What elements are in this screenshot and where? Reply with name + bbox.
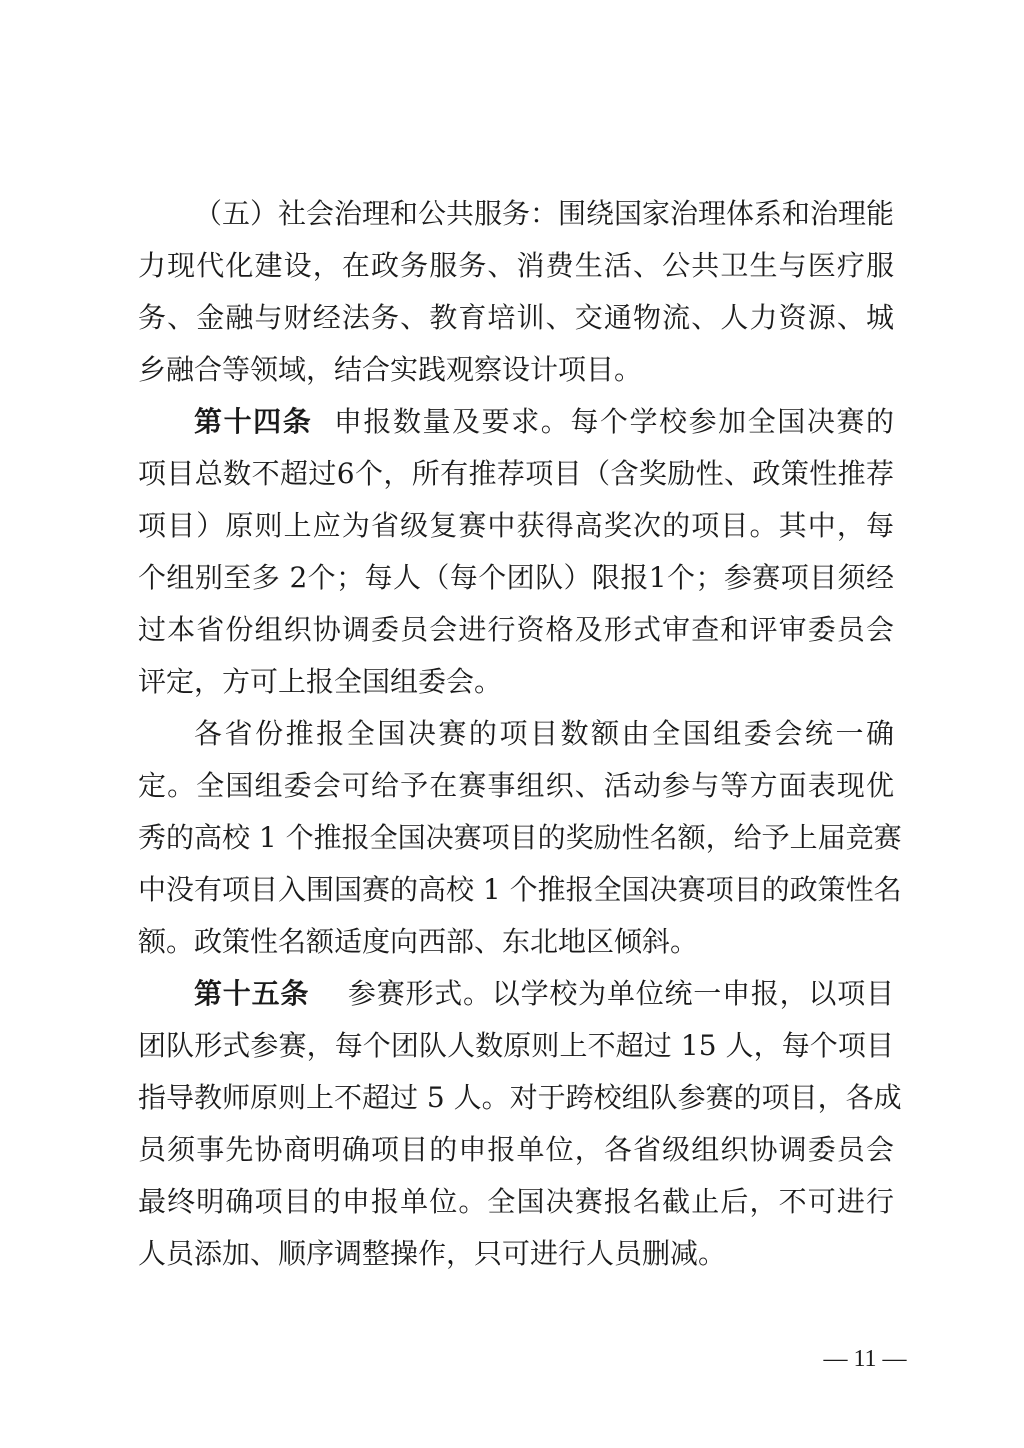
document-page: （五）社会治理和公共服务：围绕国家治理体系和治理能 力现代化建设，在政务服务、消… xyxy=(0,0,1024,1448)
text-line: 务、金融与财经法务、教育培训、交通物流、人力资源、城 xyxy=(138,298,894,338)
article-15-heading: 第十五条 xyxy=(194,977,309,1010)
text-line: 乡融合等领域，结合实践观察设计项目。 xyxy=(138,350,894,390)
text-line: 最终明确项目的申报单位。全国决赛报名截止后，不可进行 xyxy=(138,1182,894,1222)
text-line: 项目）原则上应为省级复赛中获得高奖次的项目。其中，每 xyxy=(138,506,894,546)
text-line: 员须事先协商明确项目的申报单位，各省级组织协调委员会 xyxy=(138,1130,894,1170)
article-14-first-line: 第十四条申报数量及要求。每个学校参加全国决赛的 xyxy=(194,402,894,442)
text-line: 秀的高校 1 个推报全国决赛项目的奖励性名额，给予上届竞赛 xyxy=(138,818,894,858)
text-line: 过本省份组织协调委员会进行资格及形式审查和评审委员会 xyxy=(138,610,894,650)
text-line: 指导教师原则上不超过 5 人。对于跨校组队参赛的项目，各成 xyxy=(138,1078,894,1118)
article-14-title: 申报数量及要求。每个学校参加全国决赛的 xyxy=(332,405,894,438)
page-number: — 11 — xyxy=(820,1344,910,1374)
text-line: 人员添加、顺序调整操作，只可进行人员删减。 xyxy=(138,1234,894,1274)
text-line: 中没有项目入围国赛的高校 1 个推报全国决赛项目的政策性名 xyxy=(138,870,894,910)
text-line: 各省份推报全国决赛的项目数额由全国组委会统一确 xyxy=(194,714,894,754)
text-line: 团队形式参赛，每个团队人数原则上不超过 15 人，每个项目 xyxy=(138,1026,894,1066)
article-15-first-line: 第十五条参赛形式。以学校为单位统一申报，以项目 xyxy=(194,974,894,1014)
text-line: 力现代化建设，在政务服务、消费生活、公共卫生与医疗服 xyxy=(138,246,894,286)
text-line: （五）社会治理和公共服务：围绕国家治理体系和治理能 xyxy=(194,194,894,234)
text-line: 额。政策性名额适度向西部、东北地区倾斜。 xyxy=(138,922,894,962)
text-line: 项目总数不超过6个，所有推荐项目（含奖励性、政策性推荐 xyxy=(138,454,894,494)
text-line: 个组别至多 2个；每人（每个团队）限报1个；参赛项目须经 xyxy=(138,558,894,598)
article-14-heading: 第十四条 xyxy=(194,405,312,438)
article-15-title: 参赛形式。以学校为单位统一申报，以项目 xyxy=(347,977,894,1010)
text-line: 评定，方可上报全国组委会。 xyxy=(138,662,894,702)
text-line: 定。全国组委会可给予在赛事组织、活动参与等方面表现优 xyxy=(138,766,894,806)
